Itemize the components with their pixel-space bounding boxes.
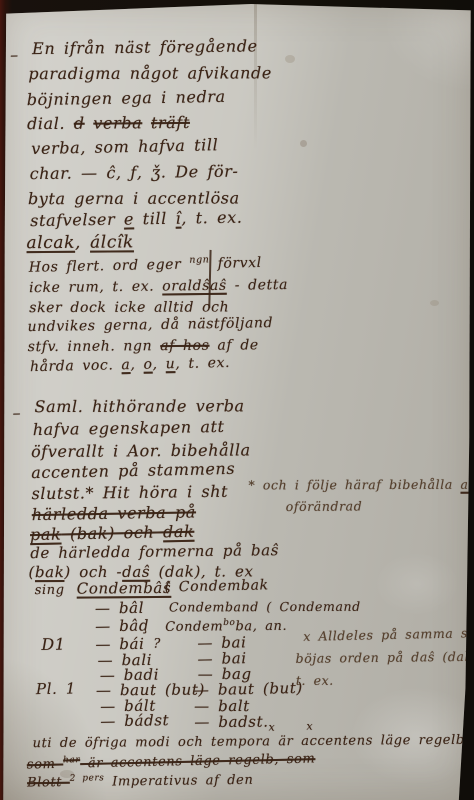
handwritten-line: stfv. inneh. ngn af hos af de [28,337,259,355]
handwritten-text: härledda verba på [32,502,196,524]
handwritten-text: som [27,757,64,773]
table-cell: ( Condembak [165,577,269,595]
handwritten-line: char. — ĉ, ƒ, ǯ. De för- [30,163,239,184]
handwritten-text: - detta [227,277,288,294]
handwritten-text: oraldŝaŝ [162,278,227,295]
handwritten-text: a [460,477,468,492]
handwritten-text: ba, an. [235,619,287,634]
handwritten-text: (bak) [61,523,124,543]
handwritten-text: har [63,755,80,765]
handwritten-line: böjningen ega i nedra [27,88,226,110]
handwritten-text: förvxl [209,255,262,272]
handwritten-text: byta gerna i accentlösa [28,188,240,208]
table-cell: — bâḑ [95,617,149,635]
handwritten-line: hafva egenskapen att [33,418,225,440]
handwritten-text: till [134,209,176,229]
handwritten-text: , [75,233,90,253]
margin-note: x Alldeles på samma sätt [303,626,474,644]
handwritten-line: En ifrån näst föregående [32,37,258,58]
margin-note: t. ex. [296,674,334,689]
handwritten-text: e [124,209,134,228]
handwritten-text: x Alldeles på samma sätt [303,625,474,644]
handwritten-text: Condem [165,619,223,634]
handwritten-line: undvikes gerna, då nästföljand [27,315,273,335]
handwritten-text: stafvelser [30,210,124,231]
table-cell: ? [153,638,161,653]
handwritten-text: böjningen ega i nedra [27,87,226,109]
handwritten-text: , t. ex. [181,208,242,228]
handwritten-line: slutst.* Hit höra i sht [31,483,228,504]
handwritten-text: dak [163,522,195,542]
handwritten-text: Condembâŝ [77,579,172,598]
handwritten-line: byta gerna i accentlösa [28,189,240,208]
handwritten-text: – [10,45,19,64]
handwritten-text: träft [151,113,190,132]
handwritten-text: paradigma något afvikande [28,63,272,83]
manuscript-photo: –En ifrån näst föregåendeparadigma något… [0,0,474,800]
table-row-label: sing [35,584,65,599]
handwritten-text: o [143,357,152,373]
handwritten-text: accenten på stammens [31,459,235,482]
handwritten-text: t. ex. [296,673,334,688]
table-cell: — badst.x [194,714,275,735]
handwritten-line: Saml. hithörande verba [34,397,244,416]
handwritten-line: icke rum, t. ex. oraldŝaŝ - detta [29,277,288,296]
handwritten-text: böjas orden på daŝ (dak) [295,649,474,666]
handwritten-text: char. — ĉ, ƒ, ǯ. De för- [30,162,239,184]
handwritten-text: — bâḑ [95,616,149,635]
handwritten-text: öfverallt i Aor. bibehålla [31,440,251,461]
handwritten-text [142,113,151,132]
table-cell: — bâl [95,600,144,618]
handwritten-text: — bádst [100,711,169,730]
handwritten-line: de härledda formerna på baŝ [30,542,279,562]
table-cell: — bádst [100,712,169,730]
handwritten-text: álcîk [90,232,134,252]
handwritten-text: sker dock icke alltid och [29,299,229,316]
handwritten-line: pak (bak) och dak [30,523,195,545]
handwritten-text: dial. [27,114,74,133]
handwritten-text: d [74,114,85,133]
handwritten-text: ? [153,637,161,652]
handwritten-text: ngn [189,254,209,265]
handwritten-text: är accentens läge regelb, som [80,752,316,772]
handwritten-line: Blott 2 pers Imperativus af den [27,771,254,791]
handwritten-line: stafvelser e till î, t. ex. [30,209,243,231]
handwritten-text: – [12,403,21,422]
handwritten-text: och [123,522,163,542]
handwritten-text: bo [223,618,235,628]
handwritten-text: af de [209,337,258,353]
handwritten-text: 2 pers [70,773,105,783]
handwritten-text: , [130,357,143,373]
handwritten-text: de härledda formerna på baŝ [30,541,279,562]
paragraph-dash: – [10,46,19,65]
handwritten-text: hafva egenskapen att [33,417,225,439]
handwritten-text: verba [93,113,142,132]
handwritten-line: accenten på stammens [31,460,235,483]
handwritten-text: Blott [27,775,70,791]
handwritten-text: alcak [26,233,75,253]
handwritten-text: Pl. 1 [36,679,76,698]
handwritten-text: — badst. [194,713,268,732]
manuscript-page: –En ifrån näst föregåendeparadigma något… [0,0,474,800]
handwritten-line: hårda voc. a, o, u, t. ex. [30,355,230,375]
handwriting-layer: –En ifrån näst föregåendeparadigma något… [0,0,474,800]
handwritten-line: paradigma något afvikande [28,64,272,83]
handwritten-text: pak [30,525,62,545]
handwritten-line: sker dock icke alltid och [29,299,229,316]
handwritten-text: Saml. hithörande verba [34,396,244,416]
handwritten-text: x [306,720,313,733]
handwritten-text: af hos [160,338,209,354]
handwritten-text: , t. ex. [175,355,230,372]
paragraph-dash: – [12,404,21,422]
handwritten-text: * och i följe häraf bibehålla [248,477,460,493]
handwritten-text: sing [35,583,65,598]
handwritten-text: — bâl [95,599,144,618]
handwritten-line: verba, som hafva till [31,136,218,158]
handwritten-text: undvikes gerna, då nästföljand [27,315,273,335]
margin-note: * och i följe häraf bibehålla a [248,478,468,493]
handwritten-text: bak [35,563,65,581]
handwritten-line: som har är accentens läge regelb, som [27,750,316,773]
handwritten-line: alcak, álcîk [26,233,134,253]
table-row-label: Pl. 1 [36,680,76,698]
handwritten-text: , [152,356,165,372]
handwritten-text: uti de öfriga modi och tempora är accent… [33,733,474,751]
margin-note: oförändrad [286,499,363,514]
handwritten-text: Condemband ( Condemand [169,599,361,615]
margin-note: böjas orden på daŝ (dak) [295,650,474,667]
handwritten-text: x [269,721,276,734]
handwritten-text: ( Condembak [165,577,269,595]
handwritten-line: dial. d verba träft [27,114,190,134]
handwritten-text: Hos flert. ord eger [29,256,190,275]
handwritten-line: Hos flert. ord eger ngn förvxl [29,254,262,276]
handwritten-text: stfv. inneh. ngn [28,338,161,355]
handwritten-text: Imperativus af den [104,773,253,790]
table-row-label: D1 [41,636,66,655]
handwritten-text: En ifrån näst föregående [32,36,258,58]
handwritten-text: oförändrad [286,498,363,514]
handwritten-text: slutst.* Hit höra i sht [31,482,228,503]
handwritten-line: uti de öfriga modi och tempora är accent… [33,734,474,752]
handwritten-text: icke rum, t. ex. [29,279,162,297]
table-cell: Condemband ( Condemand [169,600,361,615]
handwritten-text: hårda voc. [30,357,122,375]
handwritten-text: D1 [41,635,66,655]
caret-mark: x [306,721,313,734]
handwritten-text: verba, som hafva till [31,135,218,158]
table-cell: Condembâŝ [77,580,172,598]
